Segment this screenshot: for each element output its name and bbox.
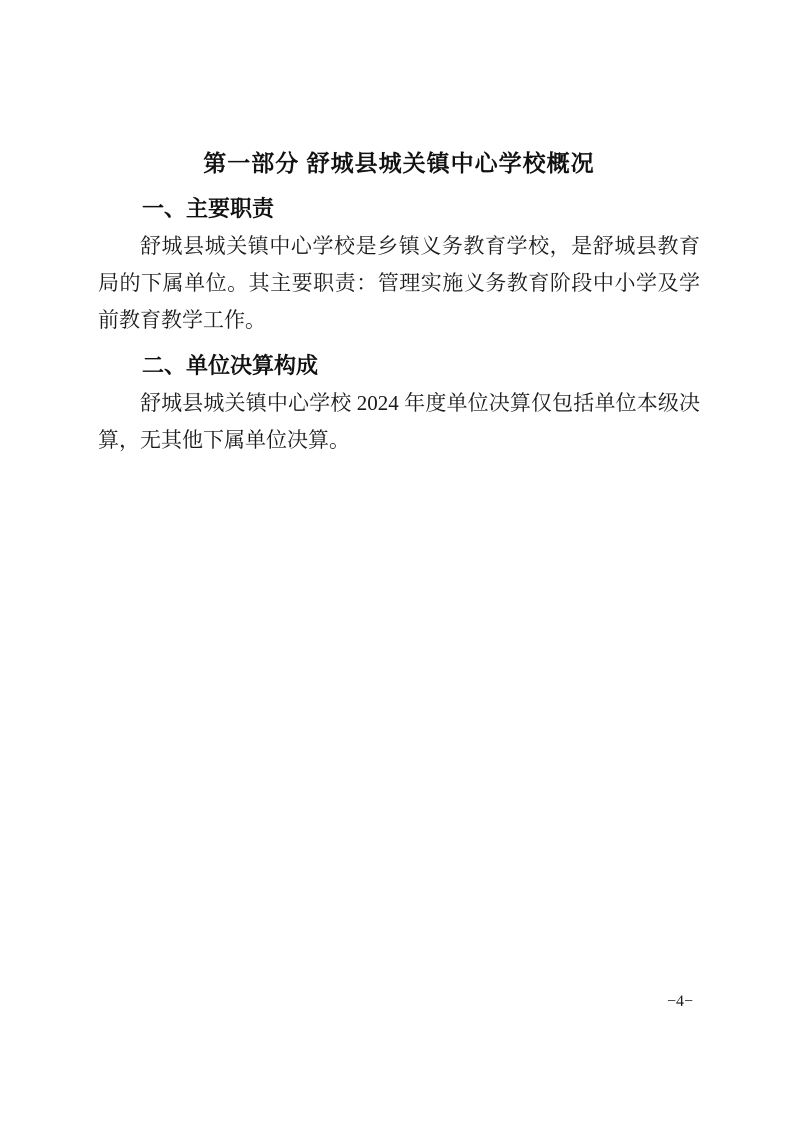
section-heading-main-duties: 一、主要职责 [98,190,700,228]
section-paragraph-final-accounts-composition: 舒城县城关镇中心学校 2024 年度单位决算仅包括单位本级决算，无其他下属单位决… [98,385,700,459]
section-paragraph-main-duties: 舒城县城关镇中心学校是乡镇义务教育学校，是舒城县教育局的下属单位。其主要职责：管… [98,228,700,339]
section-heading-final-accounts-composition: 二、单位决算构成 [98,347,700,385]
document-title: 第一部分 舒城县城关镇中心学校概况 [98,144,700,182]
document-page: 第一部分 舒城县城关镇中心学校概况 一、主要职责 舒城县城关镇中心学校是乡镇义务… [0,0,793,1122]
document-content: 第一部分 舒城县城关镇中心学校概况 一、主要职责 舒城县城关镇中心学校是乡镇义务… [98,144,700,459]
page-number: −4− [667,992,693,1012]
